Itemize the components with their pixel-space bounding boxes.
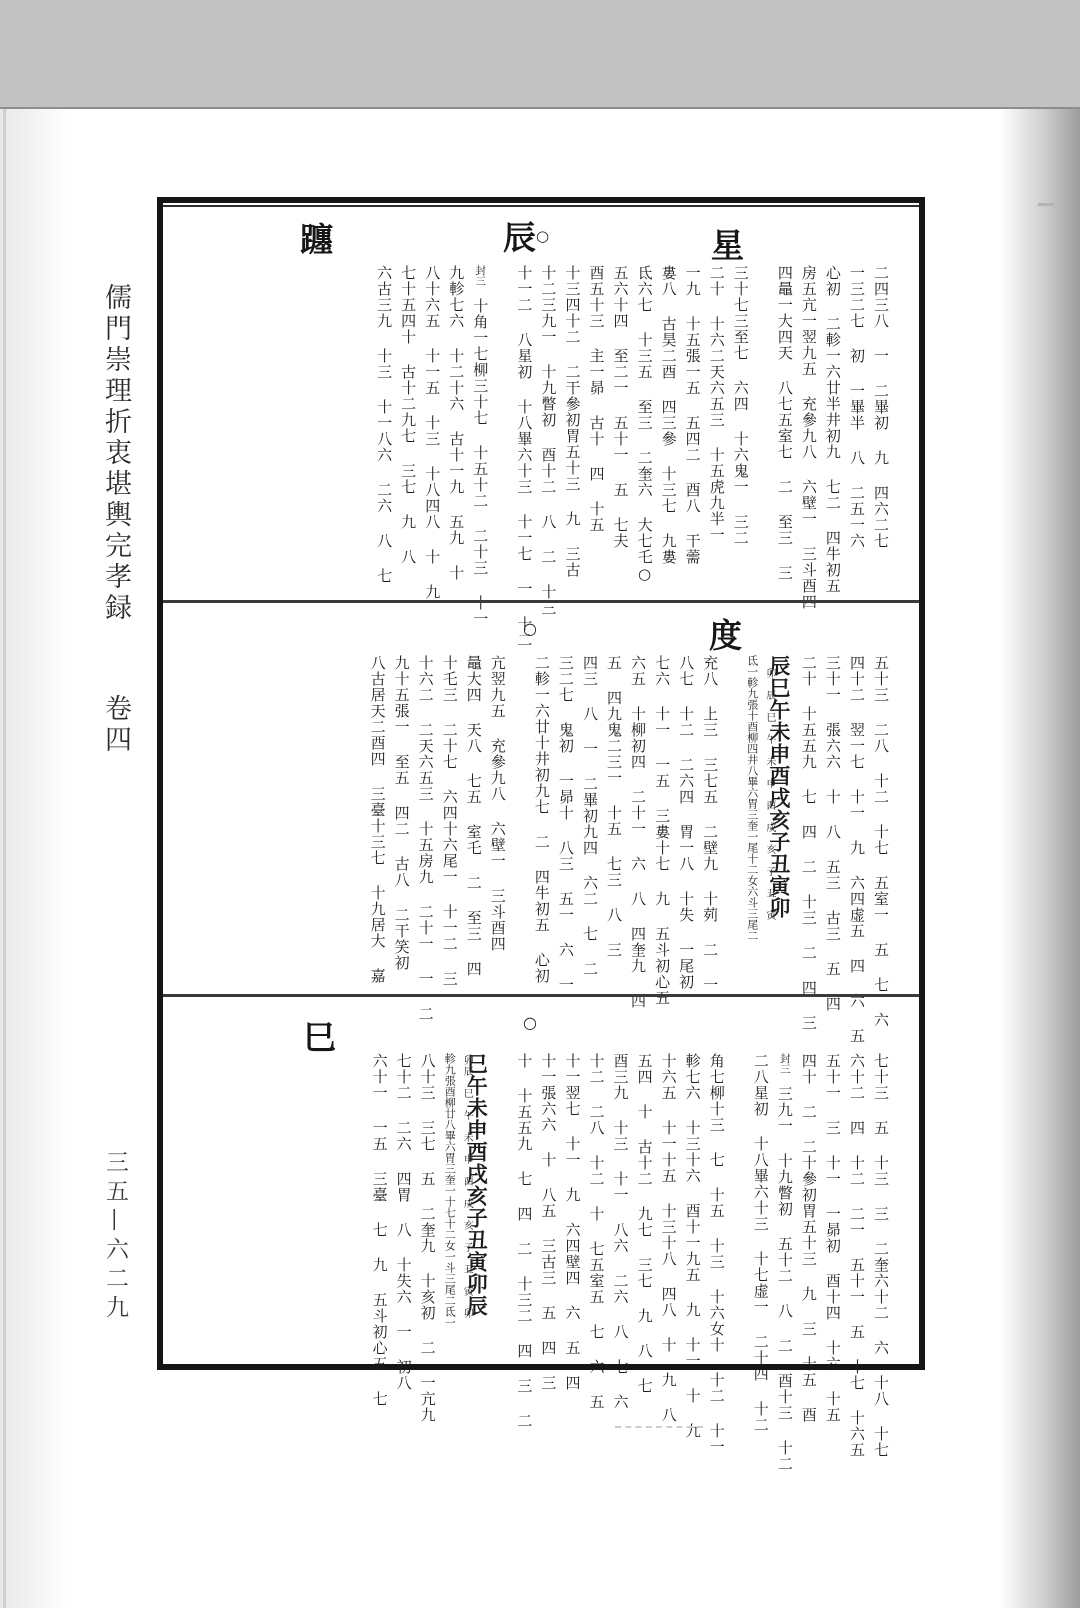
circle-mark: ○ bbox=[523, 619, 537, 638]
text-column: 十六二 二天六五三 十五房九 二十一 一 二 bbox=[418, 655, 434, 985]
text-column: 封三 十角一七柳三十七 十五十二 二十三 十一 bbox=[472, 265, 488, 587]
section-top-header-chen: 辰○ bbox=[503, 221, 549, 254]
section-middle: 度 ○ 五十三 二八 十二 十七 五室一 五 七 六四十二 翌一七 十一 九 六… bbox=[163, 600, 919, 994]
text-column: 八古居天二酉四 三臺十三七 十九居大 嘉 bbox=[370, 655, 386, 985]
branch-char-pair: 申未 bbox=[767, 743, 792, 765]
section-middle-header-du: 度 bbox=[709, 619, 742, 652]
faint-dashed-line bbox=[615, 1426, 703, 1428]
text-column: 氐六七 十三五 至三 二奎六 大七乇○ bbox=[637, 265, 653, 587]
text-column: 巳卯辰午巳未午申未酉申戌酉亥戌子亥丑子寅丑卯寅辰卯 bbox=[465, 1053, 488, 1353]
text-column: 三十七三至七 六四 十六鬼一 三二 bbox=[733, 265, 749, 587]
text-column: 四十二 翌一七 十一 九 六四虚五 四 六 五 bbox=[849, 655, 865, 985]
branch-char-pair: 未午 bbox=[464, 1097, 489, 1119]
branch-char-pair: 卯寅 bbox=[767, 897, 792, 919]
branch-char-pair: 子亥 bbox=[767, 831, 792, 853]
text-column: 八十六五 十一五 十三 十八四八 十 九 bbox=[424, 265, 440, 587]
text-column: 十二三九一 十九瞥初 酉十二 八 二 十三 bbox=[540, 265, 556, 587]
header-chen-char: 辰 bbox=[503, 218, 536, 257]
text-column: 七十二 二六 四胃 八 十失六 一 初八 bbox=[396, 1053, 412, 1353]
text-column: 六十二 四 十二 二一 五十一 五 十七 十六五 bbox=[849, 1053, 865, 1353]
text-column: 五四 十 古十二 九七 三七 九 八 七 bbox=[637, 1053, 653, 1353]
text-column: 封三 三九一 十九瞥初 五十二 八 二 酉十三 十二 bbox=[777, 1053, 793, 1353]
branch-char-pair: 亥戌 bbox=[767, 809, 792, 831]
page-number: 三五—六二九 bbox=[99, 1150, 132, 1350]
branch-char-pair: 巳卯辰 bbox=[464, 1053, 489, 1075]
text-column: 十乇三 二十七 六四十六尾一 十一二 三 bbox=[442, 655, 458, 985]
branch-char-pair: 辰卯 bbox=[767, 655, 792, 677]
text-column: 心初 二軫一六廿半井初九 七二 四牛初五 bbox=[825, 265, 841, 587]
text-column: 十一張六六 十 八五 三古三 五 四 三 bbox=[540, 1053, 556, 1353]
text-column: 九十五張一 至五 四二 古八 二干笑初 一 bbox=[394, 655, 410, 985]
scan-shadow-top bbox=[0, 0, 1080, 109]
text-column: 十 十五五九 七 四 二 十三二 四 三 二 bbox=[516, 1053, 532, 1353]
text-column: 氐一軫九張十酉柳四井八畢六胃三奎一尾十二女六斗三尾二 bbox=[746, 655, 758, 985]
text-column: 八七 十二 二六四 胃一八 十失 一尾初 bbox=[678, 655, 694, 985]
text-column: 辰卯巳辰午巳未午申未酉申戌酉亥戌子亥丑子寅丑卯寅 bbox=[768, 655, 791, 985]
branch-char-pair: 戌酉 bbox=[767, 787, 792, 809]
scan-shade-left bbox=[0, 107, 70, 1608]
column-area-bottom: 七十三 五 十三 三 二奎六十二 六 十八 十七六十二 四 十二 二一 五十一 … bbox=[364, 1053, 897, 1353]
branch-char-pair: 巳辰 bbox=[767, 677, 792, 699]
section-top: 躔 辰○ 星 二四三八 一 二畢初 九 四六二七一三二七 初 一畢半 八 二五一… bbox=[163, 203, 919, 600]
column-annotation: 封三 bbox=[474, 265, 486, 298]
text-column: 五六十四 至二一 五十一 五 七夫 bbox=[612, 265, 628, 587]
column-area-top: 二四三八 一 二畢初 九 四六二七一三二七 初 一畢半 八 二五一六心初 二軫一… bbox=[368, 265, 897, 587]
branch-char-pair: 寅丑 bbox=[464, 1251, 489, 1273]
text-column: 三二七 鬼初 一昴十 八三 五一 六 一 bbox=[558, 655, 574, 985]
text-column: 婁八 古昊二酉 四三參 十三七 九婁 bbox=[661, 265, 677, 587]
text-column: 七六 十一 一五 三婁十七 九 五斗初心五 bbox=[654, 655, 670, 985]
column-area-middle: 五十三 二八 十二 十七 五室一 五 七 六四十二 翌一七 十一 九 六四虚五 … bbox=[362, 655, 897, 985]
branch-char-pair: 午巳 bbox=[464, 1075, 489, 1097]
text-column: 七十五四十 古十二九七 三七 九 八 bbox=[400, 265, 416, 587]
text-column: 酉五十三 主一昴 古十 四 十五 bbox=[588, 265, 604, 587]
text-column: 一九 十五張一五 五四二 酉八 干薷 bbox=[685, 265, 701, 587]
text-column: 四鼂一大四天 八七五室七 二 至三 三 bbox=[777, 265, 793, 587]
text-column: 一三二七 初 一畢半 八 二五一六 bbox=[849, 265, 865, 587]
branch-char-pair: 酉申 bbox=[464, 1141, 489, 1163]
text-column: 角七柳十三 七 十五 十三 十六女十 十二 十一 bbox=[709, 1053, 725, 1353]
page-edge-line bbox=[3, 109, 6, 1608]
text-column: 四十 二 二十參初胃五十三 九 三 十五 酉 bbox=[801, 1053, 817, 1353]
text-column: 八十三 三七 五 二奎九 十亥初 二 一亢九 bbox=[420, 1053, 436, 1353]
text-column: 鼂大四 天八 七五 室乇 二 至三 四 bbox=[466, 655, 482, 985]
text-column: 軫七六 十三十六 酉十一九五 九 十一 十 九 bbox=[685, 1053, 701, 1353]
section-top-header-xing: 星 bbox=[711, 229, 744, 262]
pencil-mark bbox=[1038, 203, 1054, 206]
text-column: 三十一 張六六 十 八 五三 古三 五 四 bbox=[825, 655, 841, 985]
branch-char-pair: 申未 bbox=[464, 1119, 489, 1141]
text-column: 五十三 二八 十二 十七 五室一 五 七 六 bbox=[873, 655, 889, 985]
text-column: 二十 十六二天六五三 十五虎九半一 bbox=[709, 265, 725, 587]
text-column: 十三四十二 二干參初胃五十三 九 三古 bbox=[564, 265, 580, 587]
text-column: 二八星初 十八畢六十三 十七虚一 二十四 十二 bbox=[753, 1053, 769, 1353]
branch-char-pair: 亥戌 bbox=[464, 1185, 489, 1207]
branch-char-pair: 酉申 bbox=[767, 765, 792, 787]
text-column: 九軫七六 十二十六 古十一九 五九 十 bbox=[448, 265, 464, 587]
section-bottom-header-si: 巳 bbox=[303, 1021, 336, 1054]
branch-char-pair: 丑子 bbox=[464, 1229, 489, 1251]
text-column: 亢翌九五 充參九八 六壁一 三斗酉四 bbox=[490, 655, 506, 985]
branch-char-pair: 子亥 bbox=[464, 1207, 489, 1229]
table-frame: 躔 辰○ 星 二四三八 一 二畢初 九 四六二七一三二七 初 一畢半 八 二五一… bbox=[157, 197, 925, 1370]
branch-char-pair: 辰卯 bbox=[464, 1295, 489, 1317]
text-column: 充八 上三 三七五 二壁九 十茢 二 一 bbox=[702, 655, 718, 985]
branch-char-pair: 戌酉 bbox=[464, 1163, 489, 1185]
text-column: 六五 十柳初四 二十一 六 八 四奎九 四 bbox=[630, 655, 646, 985]
section-bottom: 巳 ○ 七十三 五 十三 三 二奎六十二 六 十八 十七六十二 四 十二 二一 … bbox=[163, 994, 919, 1361]
text-column: 七十三 五 十三 三 二奎六十二 六 十八 十七 bbox=[873, 1053, 889, 1353]
section-top-header-chan: 躔 bbox=[300, 223, 333, 256]
text-column: 十六五 十一十五 十三十八 四八 十 九 八 bbox=[661, 1053, 677, 1353]
branch-char-pair: 寅丑 bbox=[767, 875, 792, 897]
text-column: 房五亢一翌九五 充參九八 六壁一 三斗酉四 bbox=[801, 265, 817, 587]
branch-char-pair: 午巳 bbox=[767, 699, 792, 721]
text-column: 四三 八 一 二畢初九四 六二 七 二 bbox=[582, 655, 598, 985]
column-annotation: 封三 bbox=[779, 1053, 791, 1086]
text-column: 二十 十五五九 七 四 二 十三 二 四 三 bbox=[801, 655, 817, 985]
branch-char-pair: 丑子 bbox=[767, 853, 792, 875]
text-column: 酉三九 十三 十一 八六 二六 八 七 六 bbox=[612, 1053, 628, 1353]
text-column: 二軫一六廿十井初九七 二 四牛初五 心初 bbox=[534, 655, 550, 985]
text-column: 六十一 一五 三臺 七 九 五斗初心五 七 bbox=[372, 1053, 388, 1353]
branch-char-pair: 卯寅 bbox=[464, 1273, 489, 1295]
text-column: 十二 二八 十二 十 七五室五 七 六 五 bbox=[588, 1053, 604, 1353]
branch-char-pair: 未午 bbox=[767, 721, 792, 743]
text-column: 十一二 八星初 十八畢六十三 十一七 一 十二 bbox=[516, 265, 532, 587]
circle-mark: ○ bbox=[523, 1013, 537, 1032]
book-title-vertical: 儒門崇理折衷堪輿完孝録 卷四 bbox=[96, 283, 135, 723]
text-column: 五 四九鬼二三一 十五 七三 八 三 bbox=[606, 655, 622, 985]
circle-mark: ○ bbox=[536, 227, 549, 245]
text-column: 十一翌七 十一 九 六四壁四 六 五 四 bbox=[564, 1053, 580, 1353]
text-column: 軫九張酉柳廿八畢六胃三奎一十七十二女一斗三尾二氐一 bbox=[444, 1053, 456, 1353]
text-column: 五十一 三 十一 一昴初 酉十四 十六 十五 bbox=[825, 1053, 841, 1353]
scan-shadow-right bbox=[1000, 0, 1080, 1608]
text-column: 六古三九 十三 十一八六 二六 八 七 bbox=[376, 265, 392, 587]
text-column: 二四三八 一 二畢初 九 四六二七 bbox=[873, 265, 889, 587]
